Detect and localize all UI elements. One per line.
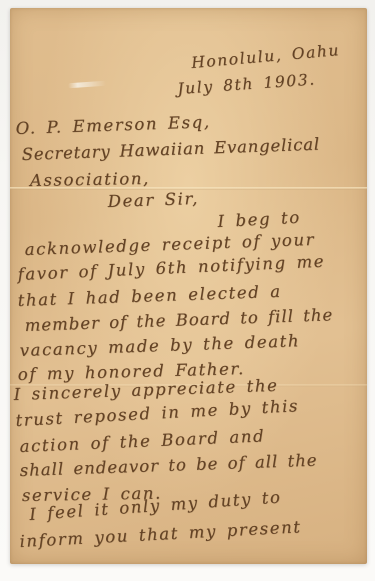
recipient-org-line1: Secretary Hawaiian Evangelical (21, 137, 320, 164)
dateline-place: Honolulu, Oahu (191, 43, 341, 71)
body-line: that I had been elected a (17, 284, 281, 310)
body-line: action of the Board and (19, 428, 265, 455)
body-line: favor of July 6th notifying me (17, 254, 325, 284)
body-line: vacancy made by the death (19, 333, 300, 359)
body-line: member of the Board to fill the (24, 307, 333, 334)
body-line: inform you that my present (19, 519, 302, 550)
recipient-org-line2: Association, (30, 171, 150, 190)
salutation: Dear Sir, (107, 191, 199, 211)
scan-background: Honolulu, Oahu July 8th 1903. O. P. Emer… (0, 0, 375, 581)
paper-smudge (68, 81, 106, 89)
letter-paper: Honolulu, Oahu July 8th 1903. O. P. Emer… (10, 8, 367, 564)
dateline-date: July 8th 1903. (177, 72, 316, 97)
body-line: trust reposed in me by this (15, 398, 299, 429)
body-line: shall endeavor to be of all the (19, 453, 317, 480)
opening-phrase: I beg to (217, 210, 301, 231)
recipient-name: O. P. Emerson Esq, (15, 114, 211, 137)
